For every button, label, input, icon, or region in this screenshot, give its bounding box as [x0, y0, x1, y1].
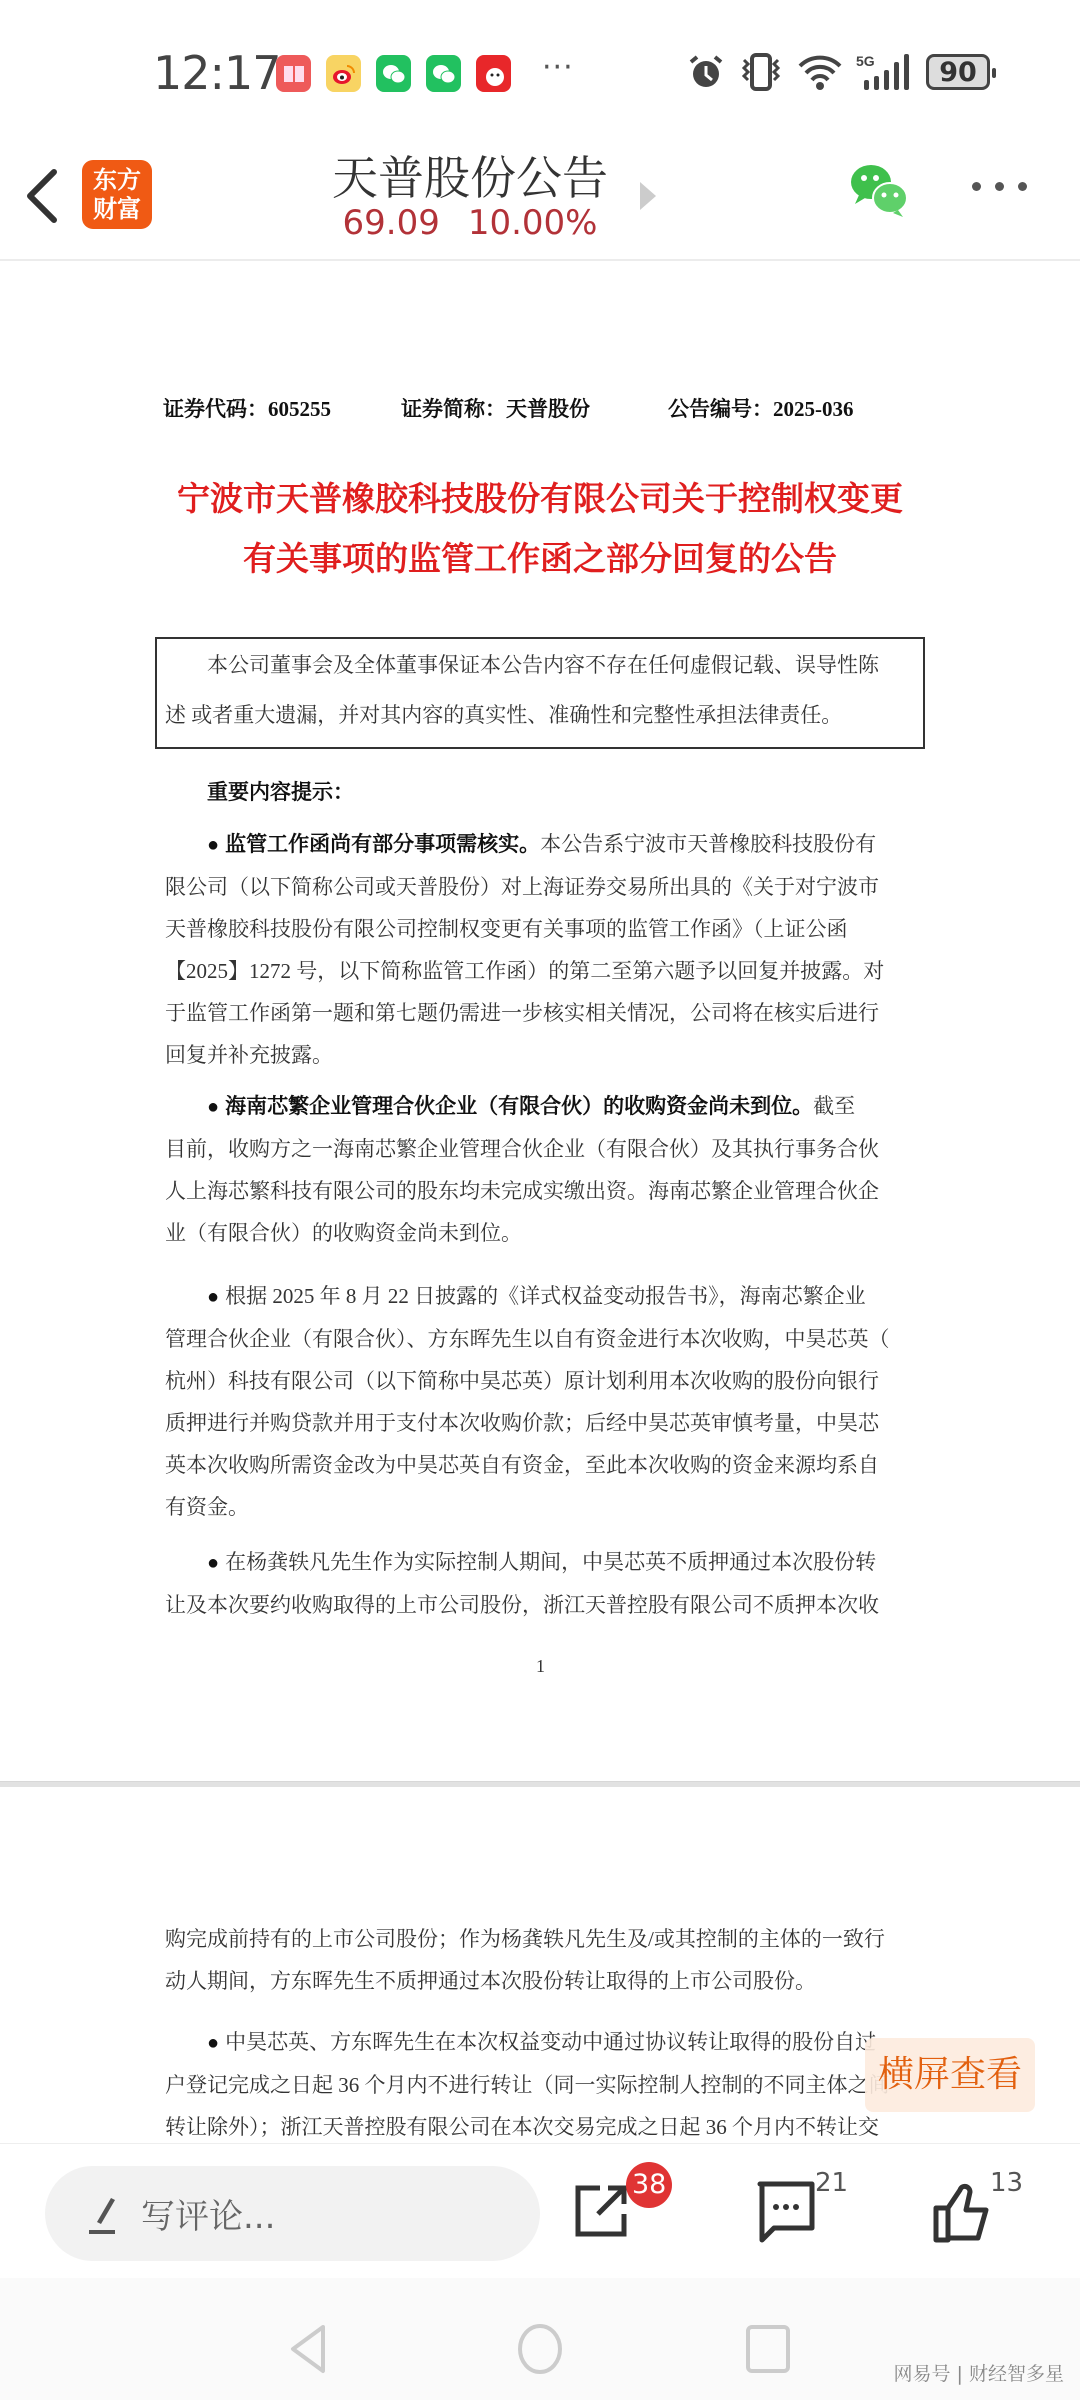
logo-line1: 东方: [82, 166, 152, 195]
system-icons: 5G 90: [686, 52, 990, 92]
page2-continuation: 购完成前持有的上市公司股份；作为杨龚轶凡先生及/或其控制的主体的一致行 动人期间…: [165, 1918, 915, 2002]
status-time: 12:17: [153, 46, 281, 100]
status-bar: 12:17 ··· 5G 90: [0, 0, 1080, 130]
page-number: 1: [536, 1656, 545, 1677]
wechat-icon: [845, 160, 915, 220]
back-button[interactable]: [22, 160, 62, 230]
bullet-1-line: 于监管工作函第一题和第七题仍需进一步核实相关情况，公司将在核实后进行: [165, 992, 915, 1034]
logo-line2: 财富: [82, 195, 152, 224]
shop-app-icon: [476, 55, 511, 92]
nav-home-icon[interactable]: [516, 2323, 564, 2375]
bullet-2-line: 人上海芯繁科技有限公司的股东均未完成实缴出资。海南芯繁企业管理合伙企: [165, 1170, 915, 1212]
stock-quote[interactable]: 69.0910.00%: [320, 203, 620, 243]
watermark: 网易号 | 财经智多星: [894, 2359, 1064, 2386]
bullet-3-line: 英本次收购所需资金改为中昊芯英自有资金，至此本次收购的资金来源均系自: [165, 1444, 915, 1486]
bullet-2-text: 截至: [813, 1094, 855, 1118]
nav-recents-icon[interactable]: [745, 2324, 791, 2374]
vibrate-icon: [738, 52, 784, 92]
bullet-icon: ●: [207, 1286, 219, 1308]
bullet-1-line: 限公司（以下简称公司或天普股份）对上海证券交易所出具的《关于对宁波市: [165, 866, 915, 908]
eastmoney-logo[interactable]: 东方 财富: [82, 160, 152, 229]
nav-back-icon[interactable]: [287, 2323, 329, 2375]
highlight-bullet-4: ●在杨龚轶凡先生作为实际控制人期间，中昊芯英不质押通过本次股份转 让及本次要约收…: [165, 1541, 915, 1626]
bullet-3-line: 杭州）科技有限公司（以下简称中昊芯英）原计划利用本次收购的股份向银行: [165, 1360, 915, 1402]
bullet-icon: ●: [207, 2032, 219, 2054]
comment-placeholder: 写评论...: [141, 2189, 275, 2238]
notification-icons: [276, 55, 511, 92]
alarm-icon: [686, 52, 726, 92]
more-options-button[interactable]: [972, 182, 1027, 191]
disclaimer-line2: 述 或者重大遗漏，并对其内容的真实性、准确性和完整性承担法律责任。: [165, 689, 915, 741]
highlight-bullet-5: ●中昊芯英、方东晖先生在本次权益变动中通过协议转让取得的股份自过 户登记完成之日…: [165, 2021, 915, 2143]
document-meta: 证券代码：605255 证券简称：天普股份 公告编号：2025-036: [163, 393, 854, 423]
reader-app-icon: [276, 55, 311, 92]
bullet-4-text: 在杨龚轶凡先生作为实际控制人期间，中昊芯英不质押通过本次股份转: [225, 1550, 876, 1574]
landscape-view-button[interactable]: 横屏查看: [865, 2038, 1035, 2112]
caret-right-icon[interactable]: [640, 182, 656, 210]
document-title-line1: 宁波市天普橡胶科技股份有限公司关于控制权变更: [0, 473, 1080, 520]
chevron-left-icon: [22, 160, 62, 230]
bullet-1-bold: 监管工作函尚有部分事项需核实。: [225, 832, 540, 856]
wechat-icon: [376, 55, 411, 92]
bullet-1-line: 回复并补充披露。: [165, 1034, 915, 1076]
highlight-bullet-2: ●海南芯繁企业管理合伙企业（有限合伙）的收购资金尚未到位。截至 目前，收购方之一…: [165, 1085, 915, 1254]
wechat-share-button[interactable]: [845, 160, 915, 220]
app-header: 东方 财富 天普股份公告 69.0910.00%: [0, 130, 1080, 261]
dot-icon: [1018, 182, 1027, 191]
bullet-4-line: 让及本次要约收购取得的上市公司股份，浙江天普控股有限公司不质押本次收: [165, 1584, 915, 1626]
disclaimer-line1: 本公司董事会及全体董事保证本公告内容不存在任何虚假记载、误导性陈: [165, 639, 915, 691]
disclaimer-box: 本公司董事会及全体董事保证本公告内容不存在任何虚假记载、误导性陈 述 或者重大遗…: [155, 637, 925, 749]
bullet-1-text: 本公告系宁波市天普橡胶科技股份有: [540, 832, 876, 856]
stock-price: 69.09: [343, 203, 440, 243]
more-notifications-icon: ···: [542, 50, 574, 85]
bullet-5-line: 户登记完成之日起 36 个月内不进行转让（同一实际控制人控制的不同主体之间: [165, 2064, 915, 2106]
svg-text:5G: 5G: [856, 53, 875, 69]
like-count: 13: [990, 2168, 1023, 2198]
share-count-badge: 38: [626, 2162, 672, 2208]
page-title[interactable]: 天普股份公告: [320, 142, 620, 208]
system-nav-bar: 网易号 | 财经智多星: [0, 2278, 1080, 2400]
thumbs-up-icon: [932, 2180, 992, 2244]
security-code: 证券代码：605255: [163, 393, 331, 423]
stock-change-pct: 10.00%: [468, 203, 598, 243]
bullet-2-bold: 海南芯繁企业管理合伙企业（有限合伙）的收购资金尚未到位。: [225, 1094, 813, 1118]
page2-line: 动人期间，方东晖先生不质押通过本次股份转让取得的上市公司股份。: [165, 1960, 915, 2002]
battery-indicator: 90: [926, 54, 990, 90]
page2-line: 购完成前持有的上市公司股份；作为杨龚轶凡先生及/或其控制的主体的一致行: [165, 1918, 915, 1960]
bullet-5-line: 转让除外）；浙江天普控股有限公司在本次交易完成之日起 36 个月内不转让交: [165, 2106, 915, 2143]
pencil-icon: [87, 2192, 121, 2236]
comments-button[interactable]: [756, 2180, 816, 2240]
weibo-icon: [326, 55, 361, 92]
comment-count: 21: [815, 2168, 848, 2198]
bullet-3-line: 有资金。: [165, 1486, 915, 1528]
dot-icon: [972, 182, 981, 191]
wechat-icon: [426, 55, 461, 92]
highlight-bullet-1: ●监管工作函尚有部分事项需核实。本公告系宁波市天普橡胶科技股份有 限公司（以下简…: [165, 823, 915, 1076]
like-button[interactable]: [932, 2180, 992, 2240]
bullet-3-line: 质押进行并购贷款并用于支付本次收购价款；后经中昊芯英审慎考量，中昊芯: [165, 1402, 915, 1444]
bottom-action-bar: 写评论... 38 21 13: [0, 2143, 1080, 2278]
announcement-number: 公告编号：2025-036: [668, 393, 854, 423]
comment-input[interactable]: 写评论...: [45, 2166, 540, 2261]
bullet-1-line: 天普橡胶科技股份有限公司控制权变更有关事项的监管工作函》（上证公函: [165, 908, 915, 950]
highlights-heading: 重要内容提示：: [165, 771, 915, 813]
share-button[interactable]: [572, 2180, 632, 2240]
document-title-line2: 有关事项的监管工作函之部分回复的公告: [0, 533, 1080, 580]
bullet-icon: ●: [207, 1552, 219, 1574]
bullet-icon: ●: [207, 1096, 219, 1118]
wifi-icon: [796, 52, 844, 92]
highlight-bullet-3: ●根据 2025 年 8 月 22 日披露的《详式权益变动报告书》，海南芯繁企业…: [165, 1275, 915, 1528]
bullet-3-text: 根据 2025 年 8 月 22 日披露的《详式权益变动报告书》，海南芯繁企业: [225, 1284, 866, 1308]
dot-icon: [995, 182, 1004, 191]
bullet-icon: ●: [207, 834, 219, 856]
announcement-document[interactable]: 证券代码：605255 证券简称：天普股份 公告编号：2025-036 宁波市天…: [0, 263, 1080, 2143]
bullet-1-line: 【2025】1272 号，以下简称监管工作函）的第二至第六题予以回复并披露。对: [165, 950, 915, 992]
bullet-3-line: 管理合伙企业（有限合伙）、方东晖先生以自有资金进行本次收购，中昊芯英（: [165, 1318, 915, 1360]
bullet-5-text: 中昊芯英、方东晖先生在本次权益变动中通过协议转让取得的股份自过: [225, 2030, 876, 2054]
page-divider: [0, 1781, 1080, 1787]
comment-icon: [756, 2180, 816, 2244]
bullet-2-line: 目前，收购方之一海南芯繁企业管理合伙企业（有限合伙）及其执行事务合伙: [165, 1128, 915, 1170]
security-name: 证券简称：天普股份: [401, 393, 590, 423]
share-icon: [572, 2180, 632, 2240]
bullet-2-line: 业（有限合伙）的收购资金尚未到位。: [165, 1212, 915, 1254]
signal-5g-icon: 5G: [856, 52, 914, 92]
